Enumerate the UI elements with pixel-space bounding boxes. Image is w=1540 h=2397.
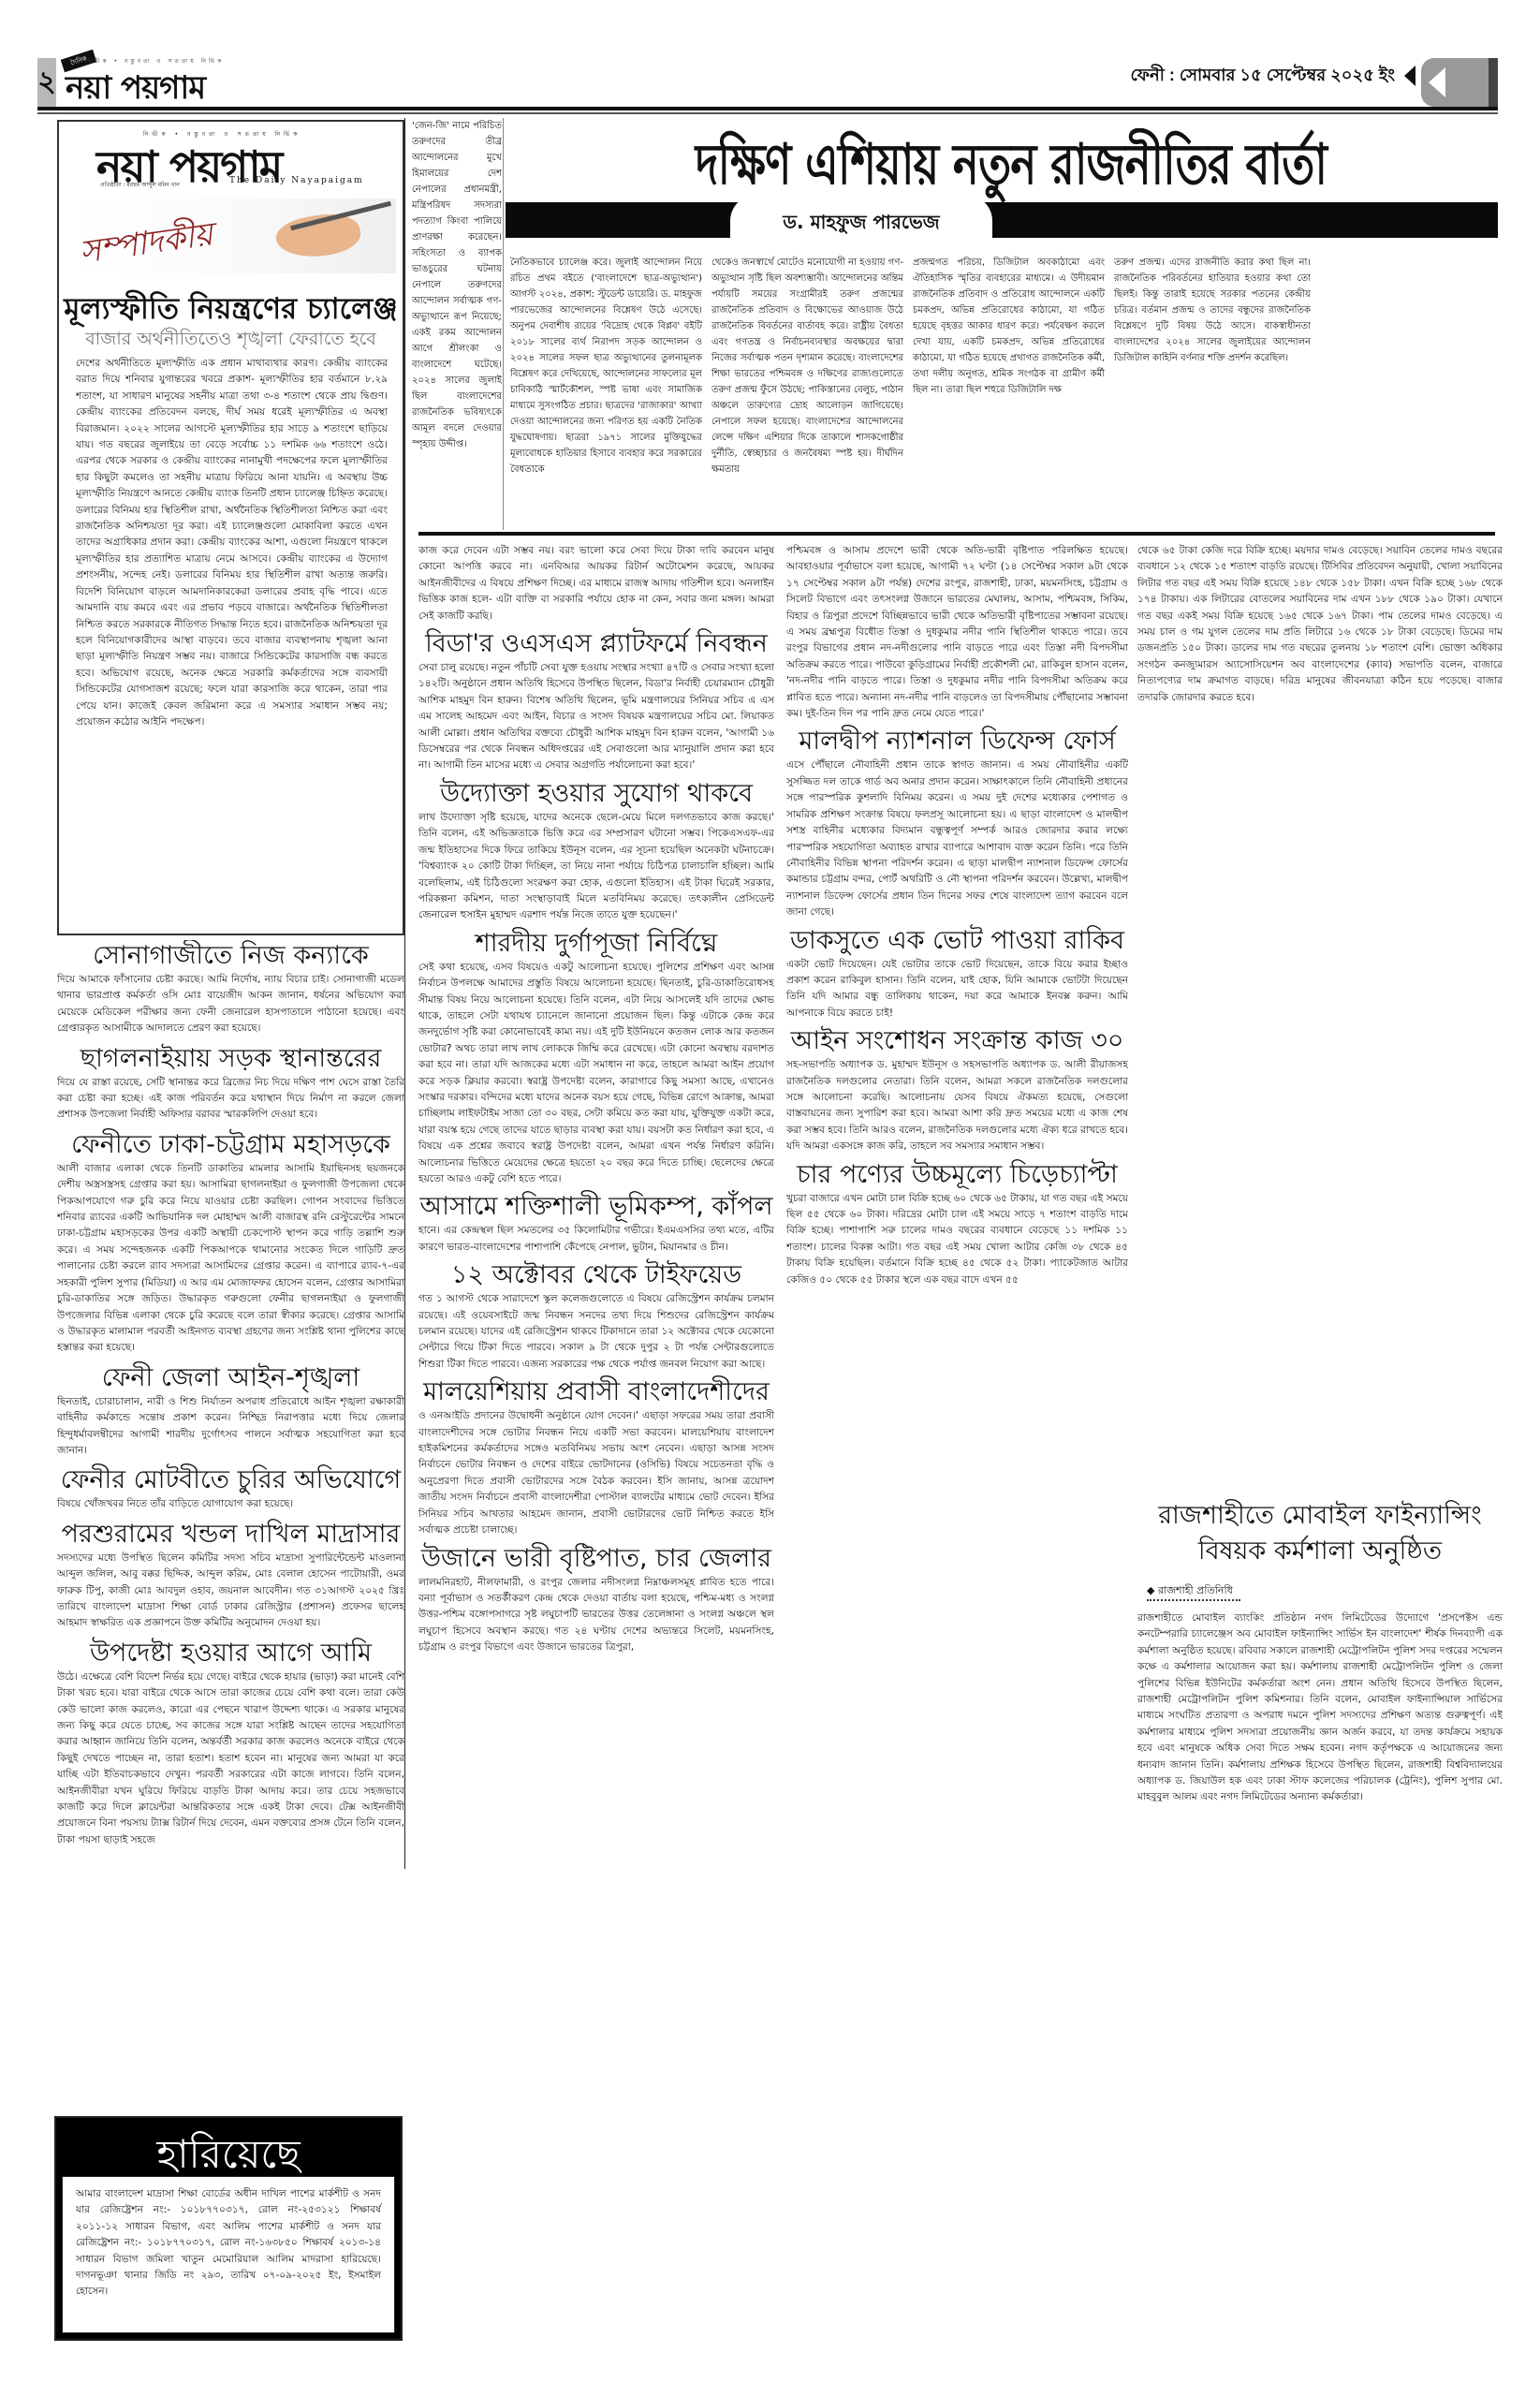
story-headline: ডাকসুতে এক ভোট পাওয়া রাকিব (786, 925, 1128, 957)
story-headline: মালদ্বীপ ন্যাশনাল ডিফেন্স ফোর্স (786, 726, 1128, 757)
story-headline: ফেনী জেলা আইন-শৃঙ্খলা (57, 1362, 404, 1394)
lost-notice-body: আমার বাংলাদেশ মাদ্রাসা শিক্ষা বোর্ডের অধ… (62, 2176, 395, 2333)
story: ফেনী জেলা আইন-শৃঙ্খলা ছিনতাই, চোরাচালান,… (57, 1362, 404, 1460)
page-tab-edge (1489, 58, 1498, 107)
story-body: দিয়ে যে রাস্তা রয়েছে, সেটি স্থানান্তর … (57, 1075, 404, 1124)
right-middle-column: পশ্চিমবঙ্গ ও আসাম প্রদেশে ভারী থেকে অতি-… (786, 543, 1128, 2378)
byline-text: রাজশাহী প্রতিনিধি (1158, 1584, 1233, 1596)
story-headline: আইন সংশোধন সংক্রান্ত কাজ ৩০ (786, 1025, 1128, 1057)
editorial-box: নিভীক • বস্তুবতা ও সততায় নির্ভিক নয়া প… (57, 120, 404, 935)
story-body: পশ্চিমবঙ্গ ও আসাম প্রদেশে ভারী থেকে অতি-… (786, 543, 1128, 722)
story-headline: ১২ অক্টোবর থেকে টাইফয়েড (418, 1259, 774, 1291)
story-body: আলী বাজার এলাকা থেকে তিনটি ডাকাতির মামলা… (57, 1161, 404, 1357)
story-body: বিষয়ে খোঁজখবর নিতে তাঁর বাড়িতে যোগাযোগ… (57, 1496, 404, 1512)
middle-column: কাজ করে দেবেন এটা সম্ভব নয়। বরং ভালো কর… (418, 543, 774, 2378)
page-tab-icon (1421, 58, 1489, 107)
story: শারদীয় দুর্গাপূজা নির্বিঘ্নে সেই কথা হয… (418, 928, 774, 1188)
main-article-col-3: প্রজন্মগত পরিচয়, ডিজিটাল অবকাঠামো এবং ঐ… (913, 255, 1105, 526)
newspaper-logo: দৈনিক নিভীক • বস্তুবতা ও সততায় নির্ভিক … (58, 54, 217, 103)
main-byline: ড. মাহফুজ পারভেজ (730, 195, 992, 253)
main-headline: দক্ষিণ এশিয়ায় নতুন রাজনীতির বার্তা (617, 122, 1405, 215)
editorial-logo: নিভীক • বস্তুবতা ও সততায় নির্ভিক নয়া প… (68, 129, 396, 185)
story: ফেনীর মোটবীতে চুরির অভিযোগে বিষয়ে খোঁজখ… (57, 1464, 404, 1512)
story: পরশুরামের খন্ডল দাখিল মাদ্রাসার সদস্যদের… (57, 1519, 404, 1632)
story-headline: পরশুরামের খন্ডল দাখিল মাদ্রাসার (57, 1519, 404, 1551)
editorial-body: দেশের অর্থনীতিতে মূল্যস্ফীতি এক প্রধান ম… (76, 356, 388, 927)
story: সোনাগাজীতে নিজ কন্যাকে দিয়ে আমাকে ফাঁসা… (57, 940, 404, 1037)
story-body: খুচরা বাজারে এখন মোটা চাল বিক্রি হচ্ছে ৬… (786, 1191, 1128, 1288)
column-divider (503, 118, 504, 530)
story-body: ও এনআইডি প্রদানের উদ্বোধনী অনুষ্ঠানে যোগ… (418, 1408, 774, 1538)
story-headline: ফেনীতে ঢাকা-চট্টগ্রাম মহাসড়কে (57, 1129, 404, 1161)
story-headline: ফেনীর মোটবীতে চুরির অভিযোগে (57, 1464, 404, 1496)
story-body: সদস্যদের মধ্যে উপস্থিত ছিলেন কমিটির সদস্… (57, 1551, 404, 1632)
story-body: লালমনিরহাট, নীলফামারী, ও রংপুর জেলার নদী… (418, 1575, 774, 1656)
story: মালয়েশিয়ায় প্রবাসী বাংলাদেশীদের ও এনআ… (418, 1376, 774, 1538)
story-body: কাজ করে দেবেন এটা সম্ভব নয়। বরং ভালো কর… (418, 543, 774, 625)
story-headline: শারদীয় দুর্গাপূজা নির্বিঘ্নে (418, 928, 774, 960)
story-headline: উদ্যোক্তা হওয়ার সুযোগ থাকবে (418, 778, 774, 810)
story-body: সেই কথা হয়েছে, এসব বিষয়েও একটু আলোচনা … (418, 960, 774, 1188)
left-column: সোনাগাজীতে নিজ কন্যাকে দিয়ে আমাকে ফাঁসা… (57, 940, 404, 2115)
masthead-rule (37, 107, 1498, 110)
masthead-rule-thin (37, 112, 1498, 114)
story-body: এসে পৌঁছালে নৌবাহিনী প্রধান তাকে স্বাগত … (786, 757, 1128, 920)
story-body: ছিনতাই, চোরাচালান, নারী ও শিশু নির্যাতন … (57, 1394, 404, 1460)
story-headline: উজানে ভারী বৃষ্টিপাত, চার জেলার (418, 1543, 774, 1575)
main-article-col-4: তরুণ প্রজন্ম। এদের রাজনীতি করার কথা ছিল … (1114, 255, 1311, 526)
story: আসামে শক্তিশালী ভূমিকম্প, কাঁপল হানে। এর… (418, 1191, 774, 1256)
story-headline: আসামে শক্তিশালী ভূমিকম্প, কাঁপল (418, 1191, 774, 1223)
story: চার পণ্যের উচ্চমূল্যে চিড়েচ্যাপ্টা খুচর… (786, 1159, 1128, 1288)
story-body: একটা ভোট দিয়েছেন। যেই ভোটার তাকে ভোট দি… (786, 957, 1128, 1022)
main-article-col-1: নৈতিকভাবে চ্যালেঞ্জ করে। জুলাই আন্দোলন ন… (510, 255, 702, 526)
editorial-founder: প্রতিষ্ঠাতা : মরহুম আব্দুল মমিন খান (100, 180, 180, 190)
story: উপদেষ্টা হওয়ার আগে আমি উঠে। এক্ষেত্রে ব… (57, 1638, 404, 1848)
page-number: ২ (37, 58, 56, 107)
story-body: সেবা চালু রয়েছে। নতুন পাঁচটি সেবা যুক্ত… (418, 660, 774, 774)
story: বিডা'র ওএসএস প্ল্যাটফর্মে নিবন্ধন সেবা চ… (418, 628, 774, 774)
byline-bar (506, 202, 1498, 238)
editorial-logo-name: নয়া পয়গাম (96, 135, 281, 206)
page-arrow-icon (1404, 66, 1415, 86)
right-column-story: থেকে ৬৫ টাকা কেজি দরে বিক্রি হচ্ছে। ময়দ… (1137, 543, 1503, 1489)
dateline: ফেনী : সোমবার ১৫ সেপ্টেম্বর ২০২৫ ইং (1131, 62, 1396, 91)
lost-notice: হারিয়েছে আমার বাংলাদেশ মাদ্রাসা শিক্ষা … (54, 2116, 403, 2341)
story-headline: ছাগলনাইয়ায় সড়ক স্থানান্তরের (57, 1043, 404, 1075)
story-body: হানে। এর কেন্দ্রস্থল ছিল সমতলের ৩৫ কিলোম… (418, 1223, 774, 1256)
story: ডাকসুতে এক ভোট পাওয়া রাকিব একটা ভোট দিয… (786, 925, 1128, 1022)
story: মালদ্বীপ ন্যাশনাল ডিফেন্স ফোর্স এসে পৌঁছ… (786, 726, 1128, 920)
main-article-intro: 'জেন-জি' নামে পরিচিত তরুণদের তীব্র আন্দো… (412, 118, 502, 530)
column-divider (404, 118, 405, 1869)
story: ফেনীতে ঢাকা-চট্টগ্রাম মহাসড়কে আলী বাজার… (57, 1129, 404, 1357)
byline-divider (1147, 1599, 1240, 1601)
story-byline: ◆ রাজশাহী প্রতিনিধি (1147, 1582, 1233, 1600)
story-body: সহ-সভাপতি অধ্যাপক ড. মুহাম্মদ ইউনূস ও সহ… (786, 1057, 1128, 1154)
story-body: গত ১ আগস্ট থেকে সারাদেশে স্কুল কলেজগুলোত… (418, 1291, 774, 1373)
story-headline: উপদেষ্টা হওয়ার আগে আমি (57, 1638, 404, 1669)
editorial-english-name: The Daily Nayapaigam (229, 176, 364, 185)
story: আইন সংশোধন সংক্রান্ত কাজ ৩০ সহ-সভাপতি অধ… (786, 1025, 1128, 1154)
main-article-col-2: থেকেও জনস্বার্থে মোটেও মনোযোগী না হওয়ায… (711, 255, 903, 526)
story-body: রাজশাহীতে মোবাইল ব্যাংকিং প্রতিষ্ঠান নগদ… (1137, 1610, 1503, 2341)
story: ১২ অক্টোবর থেকে টাইফয়েড গত ১ আগস্ট থেকে… (418, 1259, 774, 1373)
story-body: উঠে। এক্ষেত্রে বেশি বিদেশ নির্ভর হয়ে গে… (57, 1669, 404, 1848)
story-headline: বিডা'র ওএসএস প্ল্যাটফর্মে নিবন্ধন (418, 628, 774, 660)
story-headline: রাজশাহীতে মোবাইল ফাইন্যান্সিং বিষয়ক কর্… (1137, 1498, 1503, 1569)
story-headline: চার পণ্যের উচ্চমূল্যে চিড়েচ্যাপ্টা (786, 1159, 1128, 1191)
story-headline: মালয়েশিয়ায় প্রবাসী বাংলাদেশীদের (418, 1376, 774, 1408)
story-body: দিয়ে আমাকে ফাঁসানোর চেষ্টা করছে। আমি নি… (57, 972, 404, 1037)
story: ছাগলনাইয়ায় সড়ক স্থানান্তরের দিয়ে যে … (57, 1043, 404, 1124)
hand-icon (273, 209, 363, 264)
editorial-subtitle: বাজার অর্থনীতিতেও শৃঙ্খলা ফেরাতে হবে (59, 326, 403, 356)
story: উজানে ভারী বৃষ্টিপাত, চার জেলার লালমনিরহ… (418, 1543, 774, 1656)
story: উদ্যোক্তা হওয়ার সুযোগ থাকবে লাখ উদ্যোক্… (418, 778, 774, 924)
section-rule (418, 532, 1495, 536)
editorial-banner-word: সম্পাদকীয় (77, 210, 217, 281)
story-body: লাখ উদ্যোক্তা সৃষ্টি হয়েছে, যাদের অনেকে… (418, 810, 774, 924)
editorial-banner: সম্পাদকীয় (66, 199, 396, 273)
story-headline: সোনাগাজীতে নিজ কন্যাকে (57, 940, 404, 972)
